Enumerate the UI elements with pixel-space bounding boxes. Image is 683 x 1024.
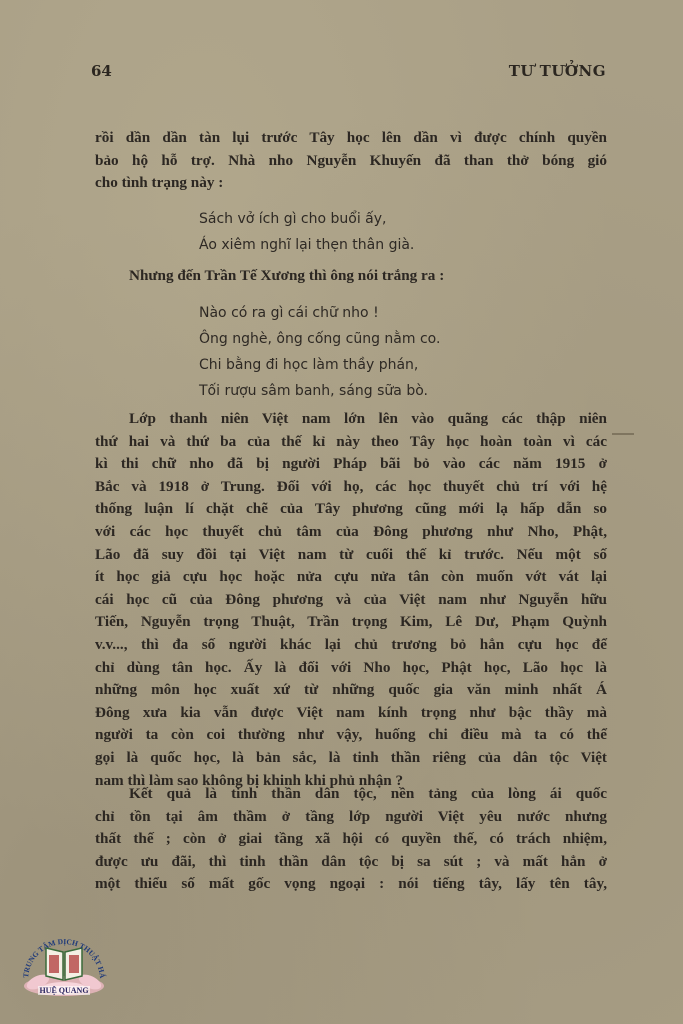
paragraph-1: rồi dần dần tàn lụi trước Tây học lên dầ… — [95, 127, 607, 195]
text-line: bảo hộ hỗ trợ. Nhà nho Nguyễn Khuyến đã … — [95, 150, 607, 173]
text-line: Kết quả là tinh thần dân tộc, nền tảng c… — [95, 783, 607, 806]
open-book-lotus-icon: TRUNG TÂM DỊCH THUẬT HÁN NÔM — [18, 928, 110, 1008]
page-header: 64 TƯ TƯỞNG — [91, 62, 606, 84]
paper-blemish — [612, 433, 634, 435]
text-line: chỉ tồn tại âm thầm ở tầng lớp người Việ… — [95, 806, 607, 829]
verse-line: Áo xiêm nghĩ lại thẹn thân già. — [199, 232, 414, 258]
verse-line: Chi bằng đi học làm thầy phán, — [199, 352, 440, 378]
text-line: Bắc và 1918 ở Trung. Đối với họ, các học… — [95, 476, 607, 499]
verse-line: Tối rượu sâm banh, sáng sữa bò. — [199, 378, 440, 404]
text-line: thất thế ; còn ở giai tầng xã hội có quy… — [95, 828, 607, 851]
paragraph-2: Lớp thanh niên Việt nam lớn lên vào quãn… — [95, 408, 607, 792]
paragraph-3: Kết quả là tinh thần dân tộc, nền tảng c… — [95, 783, 607, 896]
text-line: được ưu đãi, thì tinh thần dân tộc bị sa… — [95, 851, 607, 874]
text-line: kì thi chữ nho đã bị người Pháp bãi bỏ v… — [95, 453, 607, 476]
text-line: rồi dần dần tàn lụi trước Tây học lên dầ… — [95, 127, 607, 150]
text-line: thứ hai và thứ ba của thế kỉ này theo Tâ… — [95, 431, 607, 454]
text-line: người ta còn coi thường như vậy, huống c… — [95, 724, 607, 747]
verse-line: Sách vở ích gì cho buổi ấy, — [199, 206, 414, 232]
text-line: ít học giả cựu học hoặc nửa cựu nửa tân … — [95, 566, 607, 589]
verse-tran-te-xuong: Nào có ra gì cái chữ nho ! Ông nghè, ông… — [199, 300, 440, 404]
text-line: Lớp thanh niên Việt nam lớn lên vào quãn… — [95, 408, 607, 431]
text-line: gọi là quốc học, là bản sắc, là tinh thầ… — [95, 747, 607, 770]
text-line: Đông xưa kia vẫn được Việt nam kính trọn… — [95, 702, 607, 725]
text-line: chỉ dùng tân học. Ấy là đối với Nho học,… — [95, 657, 607, 680]
text-line: cái học cũ của Đông phương và của Việt n… — [95, 589, 607, 612]
text-line: v.v..., thì đa số người khác lại chủ trư… — [95, 634, 607, 657]
text-line: một thiểu số mất gốc vọng ngoại : nói ti… — [95, 873, 607, 896]
running-title: TƯ TƯỞNG — [509, 62, 606, 80]
text-line: thống luận lí chặt chẽ của Tây phương cũ… — [95, 498, 607, 521]
verse-nguyen-khuyen: Sách vở ích gì cho buổi ấy, Áo xiêm nghĩ… — [199, 206, 414, 258]
page-number: 64 — [91, 62, 112, 80]
watermark-logo: TRUNG TÂM DỊCH THUẬT HÁN NÔM HUỆ QUANG — [18, 928, 110, 1008]
text-line: Tiến, Nguyễn trọng Thuật, Trần trọng Kim… — [95, 611, 607, 634]
text-line: cho tình trạng này : — [95, 172, 607, 195]
verse-line: Ông nghè, ông cống cũng nằm co. — [199, 326, 440, 352]
verse-intro-tran-te-xuong: Nhưng đến Trần Tế Xương thì ông nói trắn… — [129, 267, 444, 285]
text-line: Lão đã suy đồi tại Việt nam từ cuối thế … — [95, 544, 607, 567]
watermark-label: HUỆ QUANG — [38, 986, 90, 995]
text-line: với các học thuyết chủ tâm của Đông phươ… — [95, 521, 607, 544]
text-line: những môn học xuất xứ từ những quốc gia … — [95, 679, 607, 702]
verse-line: Nào có ra gì cái chữ nho ! — [199, 300, 440, 326]
